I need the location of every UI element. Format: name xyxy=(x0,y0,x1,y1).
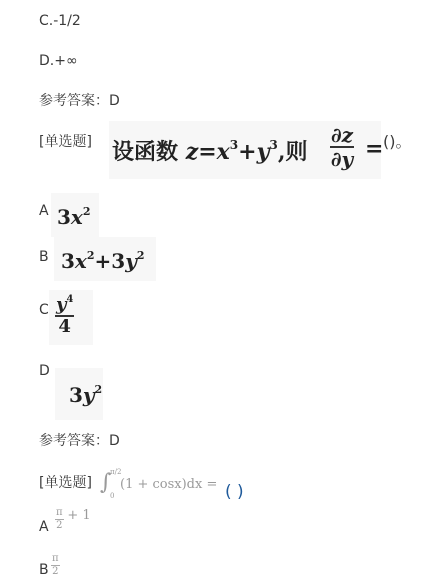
frac-numerator: ∂z xyxy=(331,123,353,147)
option-b-letter: B xyxy=(39,561,49,579)
answer-blank: ( ) xyxy=(225,482,244,502)
option-c: C.-1/2 xyxy=(39,12,81,30)
reference-answer: 参考答案：D xyxy=(39,432,120,450)
equals-sign: = xyxy=(365,136,383,162)
answer-blank: ()。 xyxy=(383,133,412,151)
exp: 2 xyxy=(83,205,91,218)
integrand: (1 + cosx)dx = xyxy=(120,477,217,492)
upper-limit: π/2 xyxy=(110,468,121,476)
var-z: z xyxy=(186,139,199,165)
plus-one: + 1 xyxy=(67,508,90,523)
stem-then: ,则 xyxy=(278,139,308,165)
question-stem-image: 设函数 z=x3+y3,则 ∂z ∂y = xyxy=(109,121,381,179)
question-type-label: [单选题] xyxy=(39,474,92,492)
exp-1: 2 xyxy=(87,249,95,262)
option-a-formula: 3x2 xyxy=(51,193,99,237)
var-1: x xyxy=(75,249,87,273)
coef: 3 xyxy=(57,205,71,229)
option-a-formula: π 2 + 1 xyxy=(55,508,91,531)
exp: 2 xyxy=(95,383,103,396)
question-type-label: [单选题] xyxy=(39,133,92,151)
option-c-formula: y4 4 xyxy=(49,290,93,345)
option-a-letter: A xyxy=(39,202,49,220)
denominator: 2 xyxy=(51,566,60,577)
num-var: y xyxy=(56,294,66,315)
denominator: 2 xyxy=(55,520,64,531)
coef-1: 3 xyxy=(61,249,75,273)
var: x xyxy=(71,205,83,229)
option-d: D.+∞ xyxy=(39,52,78,70)
var-x: x xyxy=(217,139,230,165)
eq-sign: = xyxy=(198,139,216,165)
var-y: y xyxy=(257,139,270,165)
coef-2: 3 xyxy=(111,249,125,273)
frac-denominator: ∂y xyxy=(331,147,353,171)
option-c-letter: C xyxy=(39,301,49,319)
plus-sign: + xyxy=(238,139,256,165)
option-d-letter: D xyxy=(39,362,50,380)
option-d-formula: 3y2 xyxy=(55,368,103,420)
option-b-letter: B xyxy=(39,248,49,266)
exp-y: 3 xyxy=(269,138,277,152)
reference-answer: 参考答案：D xyxy=(39,92,120,110)
lower-limit: 0 xyxy=(110,492,114,500)
coef: 3 xyxy=(69,383,83,407)
num-exp: 4 xyxy=(66,294,73,305)
denominator: 4 xyxy=(55,317,74,336)
option-a-letter: A xyxy=(39,518,49,536)
integral-formula: ∫ π/2 0 (1 + cosx)dx = xyxy=(100,468,230,508)
partial-derivative: ∂z ∂y xyxy=(330,125,354,169)
numerator: π xyxy=(51,554,60,566)
exp-x: 3 xyxy=(230,138,238,152)
var: y xyxy=(83,383,95,407)
stem-text: 设函数 xyxy=(112,139,178,165)
var-2: y xyxy=(125,249,137,273)
numerator: π xyxy=(55,508,64,520)
option-b-formula: π 2 xyxy=(51,554,60,577)
option-b-formula: 3x2+3y2 xyxy=(54,237,156,281)
exp-2: 2 xyxy=(137,249,145,262)
plus-sign: + xyxy=(95,249,112,273)
